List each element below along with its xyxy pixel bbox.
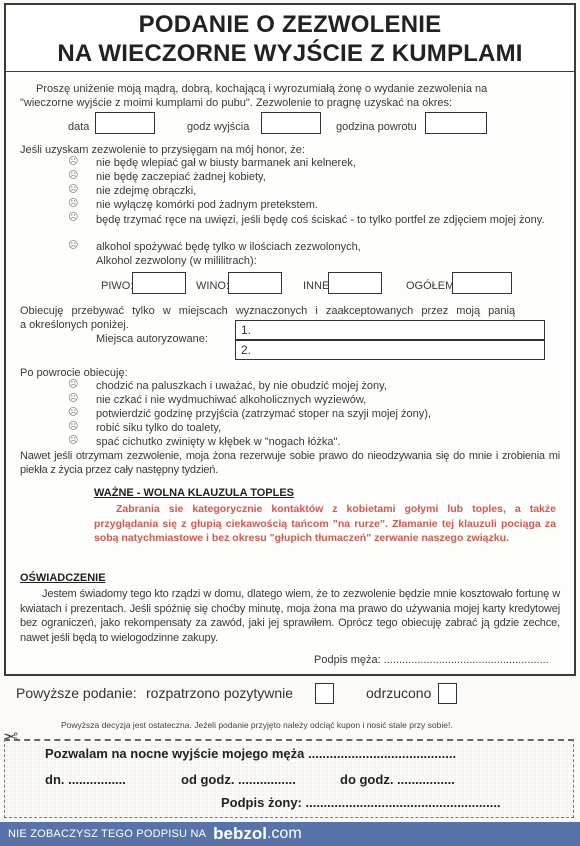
form-page: PODANIE O ZEZWOLENIE NA WIECZORNE WYJŚCI… [0,0,580,822]
sad-face-icon: ☹ [68,379,78,390]
coupon-line: Pozwalam na nocne wyjście mojego męża ..… [45,746,456,761]
clause-text: Zabrania sie kategorycznie kontaktów z k… [94,502,556,546]
approved-label: rozpatrzono pozytywnie [146,685,293,701]
coupon-day[interactable]: dn. ................ [45,772,126,787]
return-note: Nawet jeśli otrzymam zezwolenie, moja żo… [20,449,560,477]
departure-label: godz wyjścia [187,121,249,133]
departure-time-field[interactable] [261,112,321,134]
wine-field[interactable] [228,272,282,294]
site-logo-suffix[interactable]: .com [267,825,302,843]
date-label: data [68,121,89,133]
other-field[interactable] [328,272,382,294]
oath-item: nie wyłączę komórki pod żadnym pretekste… [96,199,318,211]
main-form: Proszę uniżenie moją mądrą, dobrą, kocha… [4,71,576,676]
return-item: spać cichutko zwinięty w kłębek w "nogac… [96,436,340,448]
wife-signature-line[interactable]: Podpis żony: ...........................… [221,795,501,810]
sad-face-icon: ☹ [68,240,78,251]
place-field-1[interactable]: 1. [235,320,545,340]
places-label: Miejsca autoryzowane: [96,333,208,345]
return-item: nie czkać i nie wydmuchiwać alkoholiczny… [96,394,366,406]
sad-face-icon: ☹ [68,421,78,432]
oath-item: będę trzymać ręce na uwięzi, jeśli będę … [96,213,556,227]
site-logo[interactable]: bebzol [213,824,267,844]
rejected-label: odrzucono [366,685,431,701]
beer-label: PIWO: [101,280,133,292]
approved-checkbox[interactable] [315,683,334,704]
title-line-1: PODANIE O ZEZWOLENIE [139,10,442,39]
decision-label: Powyższe podanie: [16,685,137,701]
return-heading: Po powrocie obiecuję: [20,367,128,379]
alcohol-label: Alkohol zezwolony (w mililitrach): [96,255,257,267]
oath-heading: Jeśli uzyskam zezwolenie to przysięgam n… [20,144,305,156]
title-line-2: NA WIECZORNE WYJŚCIE Z KUMPLAMI [57,39,522,68]
coupon-from[interactable]: od godz. ................ [181,772,296,787]
sad-face-icon: ☹ [68,170,78,181]
oath-item: alkohol spożywać będę tylko w ilościach … [96,241,361,253]
title-box: PODANIE O ZEZWOLENIE NA WIECZORNE WYJŚCI… [4,3,576,75]
date-field[interactable] [95,112,155,134]
wine-label: WINO: [196,280,229,292]
statement-heading: OŚWIADCZENIE [20,572,106,584]
sad-face-icon: ☹ [68,435,78,446]
sad-face-icon: ☹ [68,184,78,195]
return-time-field[interactable] [425,112,487,134]
oath-item: nie będę zaczepiać żadnej kobiety, [96,171,266,183]
statement-text: Jestem świadomy tego kto rządzi w domu, … [20,587,560,645]
total-field[interactable] [452,272,512,294]
total-label: OGÓŁEM: [406,280,457,292]
decision-note: Powyższa decyzja jest ostateczna. Jeżeli… [61,720,453,730]
oath-item: nie zdejmę obrączki, [96,185,196,197]
return-item: potwierdzić godzinę przyjścia (zatrzymać… [96,408,431,420]
place-number: 1. [241,323,251,337]
places-line-2: a określonych poniżej. [20,319,129,331]
place-number: 2. [241,343,251,357]
sad-face-icon: ☹ [68,407,78,418]
sad-face-icon: ☹ [68,393,78,404]
rejected-checkbox[interactable] [438,683,457,704]
oath-item: nie będę wlepiać gał w biusty barmanek a… [96,157,356,169]
husband-signature-line[interactable]: Podpis męża: ...........................… [314,654,549,666]
footer-text: NIE ZOBACZYSZ TEGO PODPISU NA [8,828,206,840]
coupon-to[interactable]: do godz. ................ [340,772,455,787]
clause-heading: WAŻNE - WOLNA KLAUZULA TOPLES [94,487,294,499]
intro-line-2: "wieczorne wyjście z moimi kumplami do p… [20,97,452,109]
intro-line-1: Proszę uniżenie moją mądrą, dobrą, kocha… [36,83,487,95]
beer-field[interactable] [132,272,186,294]
sad-face-icon: ☹ [68,212,78,223]
return-time-label: godzina powrotu [336,121,417,133]
places-line-1: Obiecuję przebywać tylko w miejscach wyz… [20,305,515,317]
return-item: chodzić na paluszkach i uważać, by nie o… [96,380,387,392]
sad-face-icon: ☹ [68,198,78,209]
sad-face-icon: ☹ [68,156,78,167]
coupon: Pozwalam na nocne wyjście mojego męża ..… [4,739,574,818]
place-field-2[interactable]: 2. [235,340,545,360]
footer-banner: NIE ZOBACZYSZ TEGO PODPISU NA bebzol.com [0,822,580,846]
return-item: robić siku tylko do toalety, [96,422,221,434]
